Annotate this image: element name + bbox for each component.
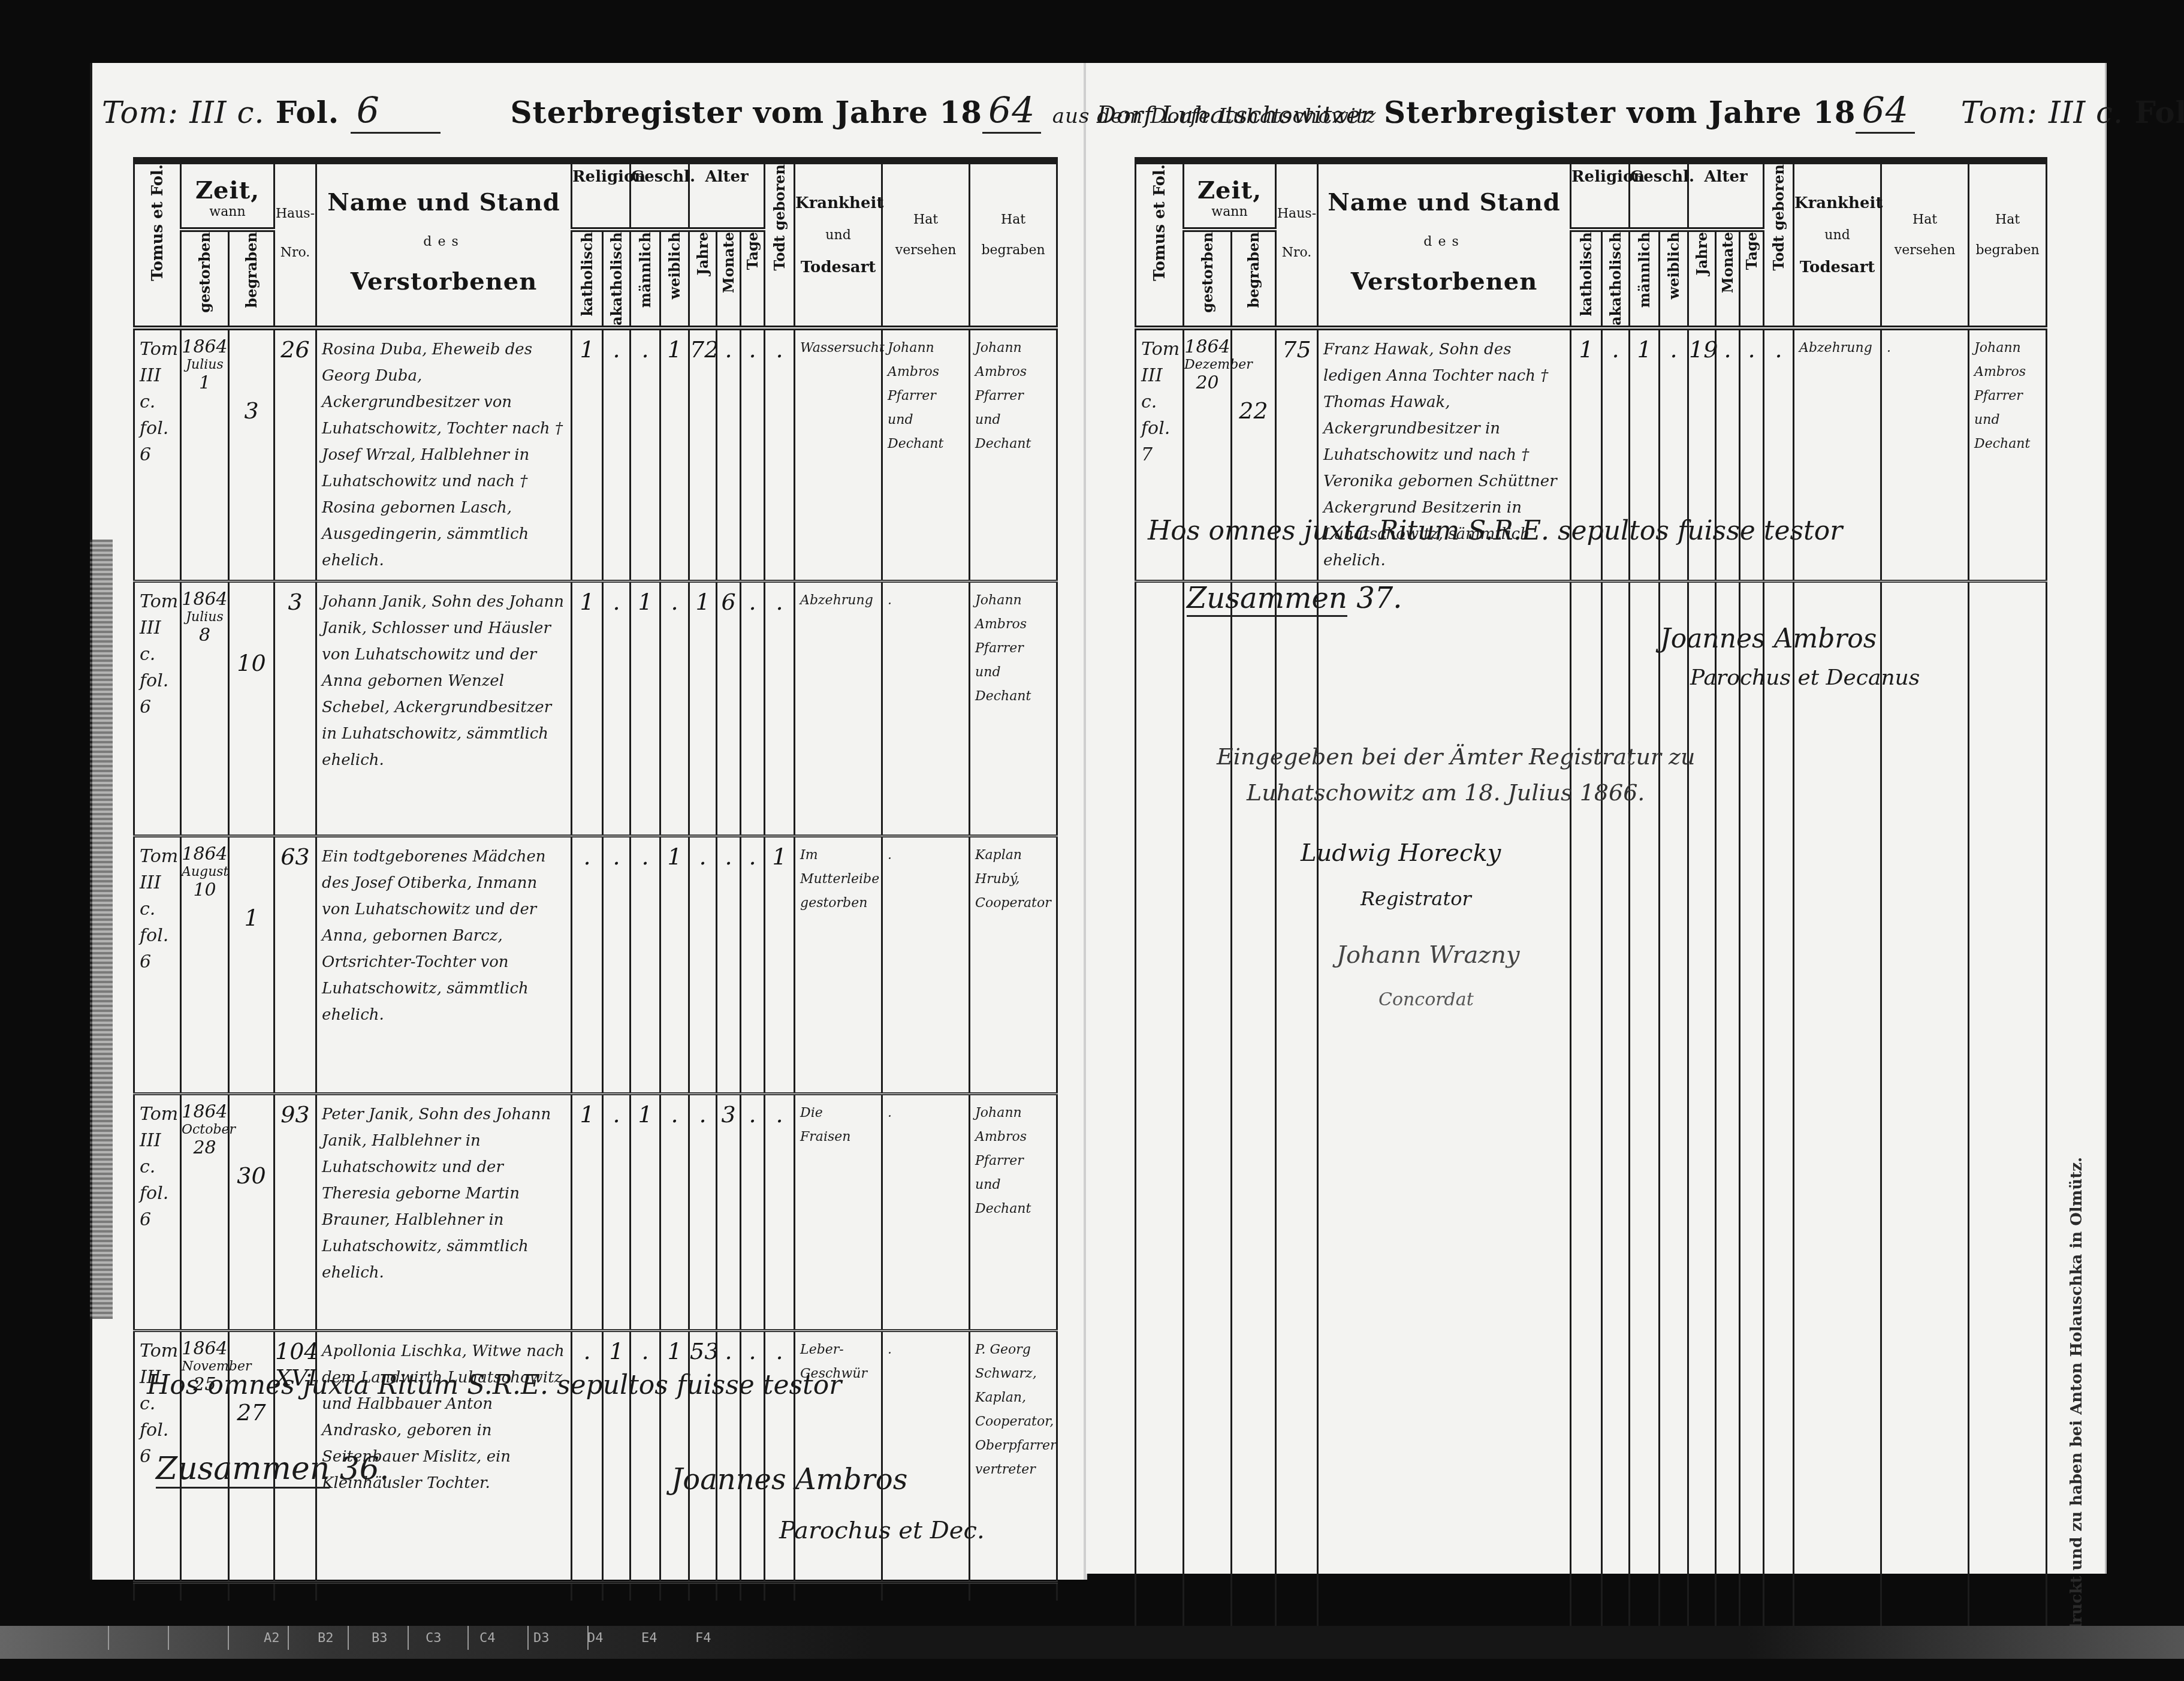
buried-by-cell: Johann Ambros Pfarrer und Dechant bbox=[970, 582, 1057, 836]
male-cell: . bbox=[631, 836, 660, 1094]
col-haus-nr: Haus- Nro. bbox=[274, 161, 316, 328]
left-priest-title: Parochus et Dec. bbox=[779, 1517, 985, 1544]
col-zeit: Zeit, wann bbox=[1184, 161, 1276, 230]
catholic-cell: 1 bbox=[572, 582, 603, 836]
empty-cell bbox=[741, 1583, 765, 1601]
ruler-label: E4 bbox=[641, 1631, 657, 1646]
total-label: Zusammen bbox=[1187, 582, 1347, 617]
total-label: Zusammen bbox=[156, 1451, 330, 1489]
empty-cell bbox=[603, 1583, 631, 1601]
col-tomus: Tomus et Fol. bbox=[134, 161, 181, 328]
col-begraben-date: begraben bbox=[229, 230, 274, 328]
ruler-tick bbox=[527, 1626, 529, 1650]
female-cell: . bbox=[660, 1094, 689, 1331]
col-tage: Tage bbox=[1740, 230, 1764, 328]
empty-cell bbox=[795, 1583, 882, 1601]
right-latin-attestation: Hos omnes juxta Ritum S.R.E. sepultos fu… bbox=[1148, 516, 1842, 546]
buried-by-cell: Johann Ambros Pfarrer und Dechant bbox=[970, 328, 1057, 582]
empty-cell bbox=[1136, 582, 1184, 1628]
age-days-cell: . bbox=[741, 1094, 765, 1331]
col-monate: Monate bbox=[717, 230, 741, 328]
female-cell: . bbox=[660, 582, 689, 836]
cause-of-death-cell: Abzehrung bbox=[795, 582, 882, 836]
last-rites-cell: Johann Ambros Pfarrer und Dechant bbox=[882, 328, 970, 582]
empty-cell bbox=[1881, 582, 1969, 1628]
empty-cell bbox=[181, 1583, 229, 1601]
col-tage: Tage bbox=[741, 230, 765, 328]
empty-cell bbox=[316, 1583, 572, 1601]
col-zeit: Zeit, wann bbox=[181, 161, 274, 230]
tomus-cell: Tom III c. fol. 6 bbox=[134, 582, 181, 836]
age-months-cell: . bbox=[717, 836, 741, 1094]
register-year: 64 bbox=[1856, 90, 1914, 134]
buried-by-cell: P. Georg Schwarz, Kaplan, Cooperator, Ob… bbox=[970, 1331, 1057, 1583]
stillborn-cell: 1 bbox=[765, 836, 795, 1094]
right-priest-signature: Joannes Ambros bbox=[1660, 623, 1877, 654]
ruler-tick bbox=[467, 1626, 469, 1650]
ruler-tick bbox=[408, 1626, 409, 1650]
col-begraben-date: begraben bbox=[1232, 230, 1276, 328]
non-catholic-cell: . bbox=[603, 582, 631, 836]
last-rites-cell: . bbox=[882, 836, 970, 1094]
buried-date-cell: 1 bbox=[229, 836, 274, 1094]
col-begraben: Hat begraben bbox=[970, 161, 1057, 328]
ruler-label: D4 bbox=[587, 1631, 604, 1646]
empty-cell bbox=[1969, 582, 2047, 1628]
register-title: Sterbregister vom Jahre 18 bbox=[511, 95, 983, 130]
age-months-cell: . bbox=[717, 1331, 741, 1583]
tom-value: III c. bbox=[189, 95, 264, 130]
ruler-tick bbox=[108, 1626, 109, 1650]
stillborn-cell: . bbox=[765, 328, 795, 582]
right-register-table: Tomus et Fol. Zeit, wann Haus- Nro. Name… bbox=[1135, 157, 2047, 1628]
col-geschlecht: Geschl. bbox=[1630, 161, 1688, 230]
tom-label: Tom: bbox=[102, 95, 179, 130]
empty-cell bbox=[1630, 582, 1660, 1628]
col-tomus: Tomus et Fol. bbox=[1136, 161, 1184, 328]
age-days-cell: . bbox=[741, 328, 765, 582]
left-priest-signature: Joannes Ambros bbox=[671, 1463, 907, 1496]
col-name-stand: Name und Stand des Verstorbenen bbox=[1318, 161, 1571, 328]
col-alter: Alter bbox=[1688, 161, 1764, 230]
col-geschlecht: Geschl. bbox=[631, 161, 689, 230]
age-months-cell: 6 bbox=[717, 582, 741, 836]
left-latin-attestation: Hos omnes juxta Ritum S.R.E. sepultos fu… bbox=[147, 1370, 841, 1400]
col-begraben: Hat begraben bbox=[1969, 161, 2047, 328]
empty-cell bbox=[1716, 582, 1740, 1628]
ruler-label: D3 bbox=[533, 1631, 550, 1646]
house-number-cell: 3 bbox=[274, 582, 316, 836]
col-maennlich: männlich bbox=[1630, 230, 1660, 328]
name-status-cell: Ein todtgeborenes Mädchen des Josef Otib… bbox=[316, 836, 572, 1094]
catholic-cell: . bbox=[572, 1331, 603, 1583]
col-alter: Alter bbox=[689, 161, 765, 230]
ruler-tick bbox=[587, 1626, 589, 1650]
left-total: Zusammen 36. bbox=[156, 1451, 389, 1487]
male-cell: . bbox=[631, 1331, 660, 1583]
col-katholisch: katholisch bbox=[572, 230, 603, 328]
empty-cell bbox=[970, 1583, 1057, 1601]
col-akatholisch: akatholisch bbox=[603, 230, 631, 328]
tomus-cell: Tom III c. fol. 6 bbox=[134, 836, 181, 1094]
empty-cell bbox=[1794, 582, 1881, 1628]
cause-of-death-cell: Leber-Geschwür bbox=[795, 1331, 882, 1583]
empty-ruled-area bbox=[1136, 582, 2047, 1628]
male-cell: 1 bbox=[631, 1094, 660, 1331]
binding-edge bbox=[90, 540, 113, 1319]
empty-cell bbox=[1764, 582, 1794, 1628]
buried-by-cell: Johann Ambros Pfarrer und Dechant bbox=[1969, 328, 2047, 582]
ruler-label: B3 bbox=[372, 1631, 388, 1646]
age-months-cell: 3 bbox=[717, 1094, 741, 1331]
age-days-cell: . bbox=[741, 836, 765, 1094]
name-status-cell: Peter Janik, Sohn des Johann Janik, Halb… bbox=[316, 1094, 572, 1331]
tomus-cell: Tom III c. fol. 6 bbox=[134, 1094, 181, 1331]
name-status-cell: Johann Janik, Sohn des Johann Janik, Sch… bbox=[316, 582, 572, 836]
female-cell: 1 bbox=[660, 836, 689, 1094]
last-rites-cell: . bbox=[882, 582, 970, 836]
printer-imprint: Gedruckt und zu haben bei Anton Holausch… bbox=[2068, 1157, 2086, 1657]
registrar-signature: Ludwig Horecky bbox=[1301, 839, 1501, 867]
registration-note-line-1: Eingegeben bei der Ämter Registratur zu bbox=[1217, 743, 1696, 770]
catholic-cell: 1 bbox=[572, 1094, 603, 1331]
col-versehen: Hat versehen bbox=[882, 161, 970, 328]
cause-of-death-cell: Im Mutterleibe gestorben bbox=[795, 836, 882, 1094]
empty-cell bbox=[229, 1583, 274, 1601]
empty-cell bbox=[274, 1583, 316, 1601]
col-jahre: Jahre bbox=[689, 230, 717, 328]
empty-cell bbox=[1232, 582, 1276, 1628]
age-years-cell: . bbox=[689, 1094, 717, 1331]
died-date-cell: 1864October28 bbox=[181, 1094, 229, 1331]
buried-date-cell: 3 bbox=[229, 328, 274, 582]
register-entry-row: Tom III c. fol. 61864August10163Ein todt… bbox=[134, 836, 1057, 1094]
house-number-cell: 93 bbox=[274, 1094, 316, 1331]
right-priest-title: Parochus et Decanus bbox=[1690, 665, 1920, 690]
non-catholic-cell: . bbox=[603, 836, 631, 1094]
age-days-cell: . bbox=[741, 1331, 765, 1583]
total-value: 36. bbox=[340, 1451, 390, 1487]
ruler-label: C4 bbox=[479, 1631, 496, 1646]
col-maennlich: männlich bbox=[631, 230, 660, 328]
empty-cell bbox=[1602, 582, 1630, 1628]
age-years-cell: 72 bbox=[689, 328, 717, 582]
house-number-cell: 63 bbox=[274, 836, 316, 1094]
register-year: 64 bbox=[982, 90, 1041, 134]
female-cell: 1 bbox=[660, 1331, 689, 1583]
col-religion: Religion bbox=[572, 161, 631, 230]
tomus-cell: Tom III c. fol. 6 bbox=[134, 328, 181, 582]
col-weiblich: weiblich bbox=[1660, 230, 1688, 328]
ruler-tick bbox=[168, 1626, 169, 1650]
col-akatholisch: akatholisch bbox=[1602, 230, 1630, 328]
stillborn-cell: . bbox=[765, 582, 795, 836]
col-gestorben: gestorben bbox=[1184, 230, 1232, 328]
fol-value: 6 bbox=[351, 90, 441, 134]
register-entry-row: Tom III c. fol. 61864Julius1326Rosina Du… bbox=[134, 328, 1057, 582]
last-rites-cell: . bbox=[882, 1331, 970, 1583]
age-years-cell: 1 bbox=[689, 582, 717, 836]
witness-signature: Johann Wrazny bbox=[1337, 941, 1520, 969]
last-rites-cell: . bbox=[1881, 328, 1969, 582]
tom-value: III c. bbox=[2049, 95, 2123, 130]
register-title: Sterbregister vom Jahre 18 bbox=[1384, 95, 1856, 130]
register-entry-row: Tom III c. fol. 61864October283093Peter … bbox=[134, 1094, 1057, 1331]
buried-by-cell: Johann Ambros Pfarrer und Dechant bbox=[970, 1094, 1057, 1331]
died-date-cell: 1864August10 bbox=[181, 836, 229, 1094]
non-catholic-cell: . bbox=[603, 1094, 631, 1331]
male-cell: . bbox=[631, 328, 660, 582]
col-versehen: Hat versehen bbox=[1881, 161, 1969, 328]
col-monate: Monate bbox=[1716, 230, 1740, 328]
age-years-cell: . bbox=[689, 836, 717, 1094]
empty-cell bbox=[1184, 582, 1232, 1628]
col-krankheit: Krankheit und Todesart bbox=[1794, 161, 1881, 328]
died-date-cell: 1864Julius8 bbox=[181, 582, 229, 836]
empty-cell bbox=[134, 1583, 181, 1601]
col-name-stand: Name und Stand des Verstorbenen bbox=[316, 161, 572, 328]
ruler-label: F4 bbox=[695, 1631, 711, 1646]
empty-cell bbox=[689, 1583, 717, 1601]
col-krankheit: Krankheit und Todesart bbox=[795, 161, 882, 328]
col-gestorben: gestorben bbox=[181, 230, 229, 328]
non-catholic-cell: . bbox=[603, 328, 631, 582]
empty-cell bbox=[882, 1583, 970, 1601]
empty-cell bbox=[1318, 582, 1571, 1628]
cause-of-death-cell: Wassersucht bbox=[795, 328, 882, 582]
witness-title: Concordat bbox=[1378, 989, 1474, 1010]
ruler-tick bbox=[348, 1626, 349, 1650]
died-date-cell: 1864Julius1 bbox=[181, 328, 229, 582]
fol-label: Fol. bbox=[2134, 95, 2184, 130]
ruler-label: B2 bbox=[318, 1631, 334, 1646]
non-catholic-cell: 1 bbox=[603, 1331, 631, 1583]
empty-cell bbox=[1660, 582, 1688, 1628]
buried-by-cell: Kaplan Hrubý, Cooperator bbox=[970, 836, 1057, 1094]
stillborn-cell: . bbox=[765, 1331, 795, 1583]
empty-cell bbox=[1688, 582, 1716, 1628]
fol-label: Fol. bbox=[276, 95, 340, 130]
col-weiblich: weiblich bbox=[660, 230, 689, 328]
col-religion: Religion bbox=[1571, 161, 1630, 230]
registrar-title: Registrator bbox=[1361, 887, 1471, 910]
col-todt-geboren: Todt geboren bbox=[1764, 161, 1794, 328]
last-rites-cell: . bbox=[882, 1094, 970, 1331]
ruler-tick bbox=[228, 1626, 229, 1650]
house-number-cell: 26 bbox=[274, 328, 316, 582]
cause-of-death-cell: Die Fraisen bbox=[795, 1094, 882, 1331]
age-years-cell: 53 bbox=[689, 1331, 717, 1583]
female-cell: 1 bbox=[660, 328, 689, 582]
empty-cell bbox=[1740, 582, 1764, 1628]
empty-cell bbox=[660, 1583, 689, 1601]
ruler-label: C3 bbox=[426, 1631, 442, 1646]
col-jahre: Jahre bbox=[1688, 230, 1716, 328]
right-total: Zusammen 37. bbox=[1187, 582, 1402, 615]
col-todt-geboren: Todt geboren bbox=[765, 161, 795, 328]
registration-note-line-2: Luhatschowitz am 18. Julius 1866. bbox=[1247, 779, 1645, 806]
name-status-cell: Rosina Duba, Eheweib des Georg Duba, Ack… bbox=[316, 328, 572, 582]
catholic-cell: . bbox=[572, 836, 603, 1094]
male-cell: 1 bbox=[631, 582, 660, 836]
catholic-cell: 1 bbox=[572, 328, 603, 582]
empty-cell bbox=[717, 1583, 741, 1601]
right-page-header: Dorf Luhatschowitzer Sterbregister vom J… bbox=[1097, 90, 2184, 134]
empty-cell bbox=[631, 1583, 660, 1601]
empty-cell bbox=[1276, 582, 1318, 1628]
col-katholisch: katholisch bbox=[1571, 230, 1602, 328]
age-months-cell: . bbox=[717, 328, 741, 582]
empty-cell bbox=[572, 1583, 603, 1601]
empty-cell bbox=[765, 1583, 795, 1601]
buried-date-cell: 10 bbox=[229, 582, 274, 836]
empty-cell bbox=[1571, 582, 1602, 1628]
age-days-cell: . bbox=[741, 582, 765, 836]
ruler-tick bbox=[288, 1626, 289, 1650]
total-value: 37. bbox=[1356, 582, 1402, 615]
ruler-label: A2 bbox=[264, 1631, 280, 1646]
scanner-ruler: A2B2B3C3C4D3D4E4F4 bbox=[0, 1626, 2184, 1659]
stillborn-cell: . bbox=[765, 1094, 795, 1331]
col-haus-nr: Haus- Nro. bbox=[1276, 161, 1318, 328]
empty-ruled-area bbox=[134, 1583, 1057, 1601]
register-entry-row: Tom III c. fol. 61864Julius8103Johann Ja… bbox=[134, 582, 1057, 836]
register-place: Dorf Luhatschowitzer bbox=[1097, 101, 1373, 129]
tom-label: Tom: bbox=[1961, 95, 2038, 130]
